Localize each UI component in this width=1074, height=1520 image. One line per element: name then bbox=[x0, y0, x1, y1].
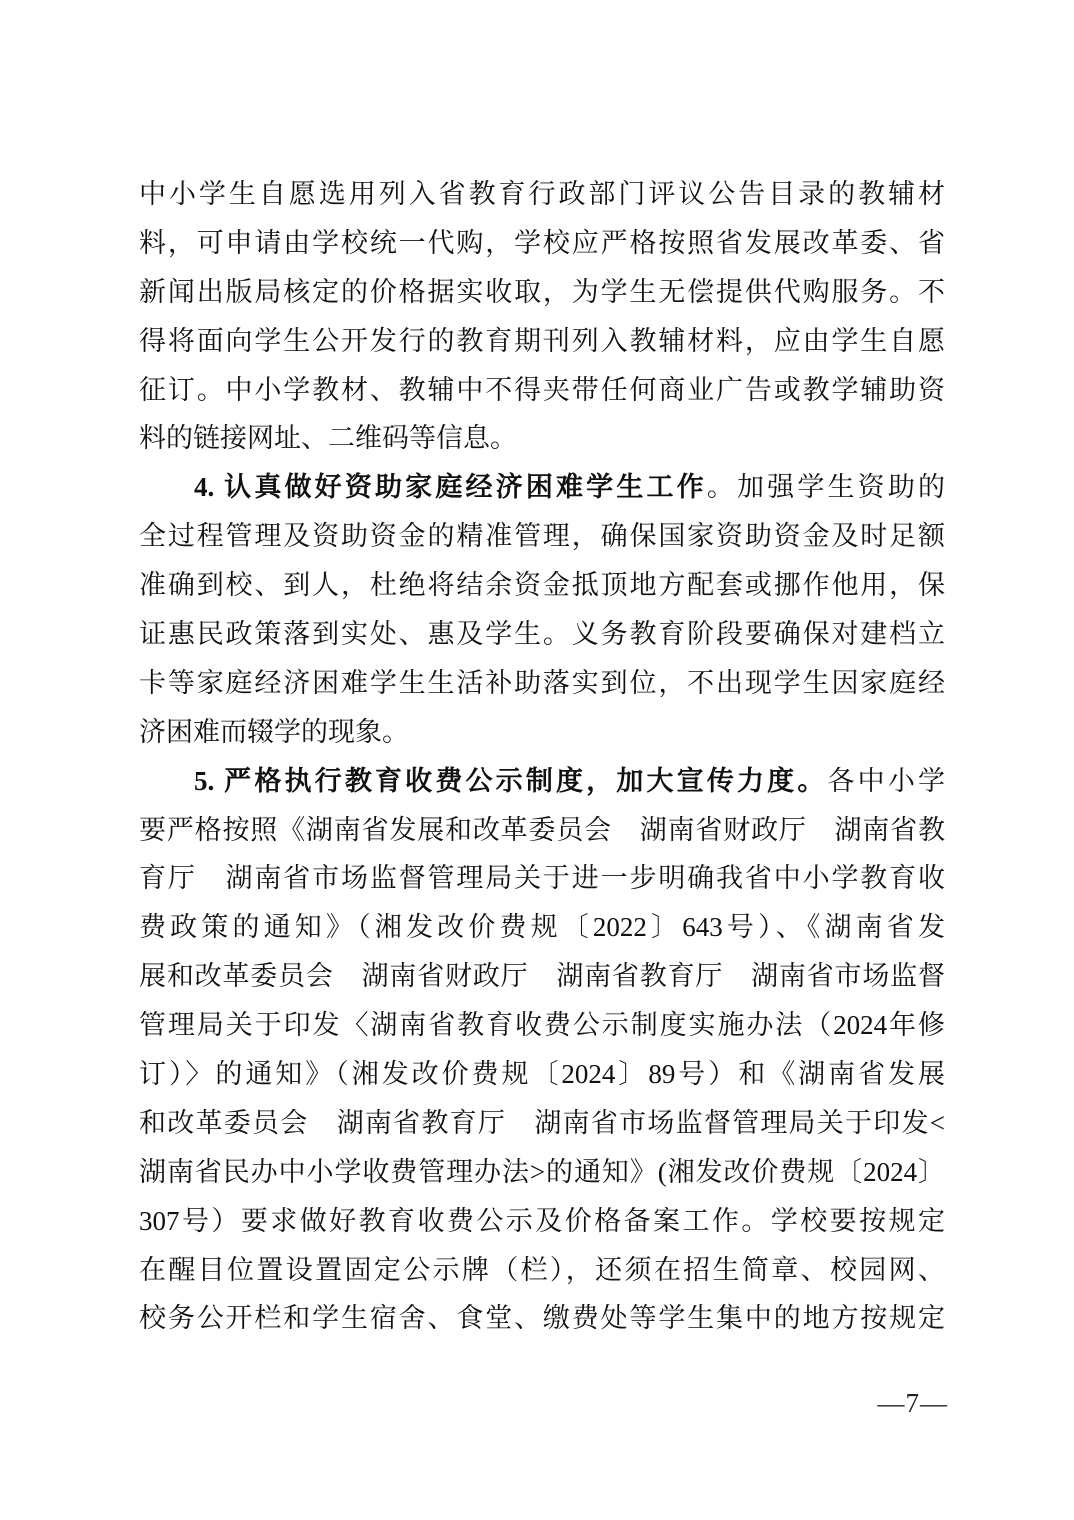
text-run: 要严格按照《湖南省发展和改革委员会 湖南省财政厅 湖南省教 bbox=[139, 815, 945, 845]
text-line: 湖南省民办中小学收费管理办法>的通知》(湘发改价费规〔2024〕 bbox=[139, 1148, 945, 1197]
text-line: 5. 严格执行教育收费公示制度，加大宣传力度。各中小学 bbox=[139, 757, 945, 806]
text-run: 卡等家庭经济困难学生生活补助落实到位，不出现学生因家庭经 bbox=[139, 668, 945, 698]
text-run: 订）〉的通知》（湘发改价费规〔2024〕89号）和《湖南省发展 bbox=[139, 1059, 945, 1089]
text-run: 新闻出版局核定的价格据实收取，为学生无偿提供代购服务。不 bbox=[139, 277, 945, 307]
text-line: 得将面向学生公开发行的教育期刊列入教辅材料，应由学生自愿 bbox=[139, 317, 945, 366]
text-line: 育厅 湖南省市场监督管理局关于进一步明确我省中小学教育收 bbox=[139, 854, 945, 903]
text-line: 料的链接网址、二维码等信息。 bbox=[139, 414, 945, 463]
text-run: 中小学生自愿选用列入省教育行政部门评议公告目录的教辅材 bbox=[139, 179, 945, 209]
text-run: 在醒目位置设置固定公示牌（栏），还须在招生简章、校园网、 bbox=[139, 1255, 945, 1285]
text-run: 湖南省民办中小学收费管理办法>的通知》(湘发改价费规〔2024〕 bbox=[139, 1157, 945, 1187]
text-run: 校务公开栏和学生宿舍、食堂、缴费处等学生集中的地方按规定 bbox=[139, 1303, 945, 1333]
text-line: 料，可申请由学校统一代购，学校应严格按照省发展改革委、省 bbox=[139, 219, 945, 268]
text-line: 济困难而辍学的现象。 bbox=[139, 708, 945, 757]
text-run: 各中小学 bbox=[828, 766, 946, 796]
document-page: 中小学生自愿选用列入省教育行政部门评议公告目录的教辅材料，可申请由学校统一代购，… bbox=[0, 0, 1074, 1520]
text-run: 征订。中小学教材、教辅中不得夹带任何商业广告或教学辅助资 bbox=[139, 375, 945, 405]
bold-text-run: 4. 认真做好资助家庭经济困难学生工作 bbox=[194, 472, 707, 502]
text-line: 和改革委员会 湖南省教育厅 湖南省市场监督管理局关于印发< bbox=[139, 1099, 945, 1148]
text-line: 校务公开栏和学生宿舍、食堂、缴费处等学生集中的地方按规定 bbox=[139, 1294, 945, 1343]
text-run: 准确到校、到人，杜绝将结余资金抵顶地方配套或挪作他用，保 bbox=[139, 570, 945, 600]
text-line: 全过程管理及资助资金的精准管理，确保国家资助资金及时足额 bbox=[139, 512, 945, 561]
text-run: 管理局关于印发〈湖南省教育收费公示制度实施办法（2024年修 bbox=[139, 1010, 945, 1040]
page-number: —7— bbox=[878, 1388, 949, 1418]
text-run: 全过程管理及资助资金的精准管理，确保国家资助资金及时足额 bbox=[139, 521, 945, 551]
text-run: 育厅 湖南省市场监督管理局关于进一步明确我省中小学教育收 bbox=[139, 863, 945, 893]
text-line: 管理局关于印发〈湖南省教育收费公示制度实施办法（2024年修 bbox=[139, 1001, 945, 1050]
text-line: 要严格按照《湖南省发展和改革委员会 湖南省财政厅 湖南省教 bbox=[139, 806, 945, 855]
text-line: 在醒目位置设置固定公示牌（栏），还须在招生简章、校园网、 bbox=[139, 1246, 945, 1295]
text-line: 4. 认真做好资助家庭经济困难学生工作。加强学生资助的 bbox=[139, 463, 945, 512]
text-line: 征订。中小学教材、教辅中不得夹带任何商业广告或教学辅助资 bbox=[139, 366, 945, 415]
text-run: 307号）要求做好教育收费公示及价格备案工作。学校要按规定 bbox=[139, 1206, 945, 1236]
text-run: 和改革委员会 湖南省教育厅 湖南省市场监督管理局关于印发< bbox=[139, 1108, 945, 1138]
text-run: 证惠民政策落到实处、惠及学生。义务教育阶段要确保对建档立 bbox=[139, 619, 945, 649]
text-line: 新闻出版局核定的价格据实收取，为学生无偿提供代购服务。不 bbox=[139, 268, 945, 317]
text-line: 展和改革委员会 湖南省财政厅 湖南省教育厅 湖南省市场监督 bbox=[139, 952, 945, 1001]
text-line: 中小学生自愿选用列入省教育行政部门评议公告目录的教辅材 bbox=[139, 170, 945, 219]
text-line: 卡等家庭经济困难学生生活补助落实到位，不出现学生因家庭经 bbox=[139, 659, 945, 708]
text-run: 。加强学生资助的 bbox=[707, 472, 945, 502]
text-run: 料的链接网址、二维码等信息。 bbox=[139, 423, 517, 453]
text-line: 证惠民政策落到实处、惠及学生。义务教育阶段要确保对建档立 bbox=[139, 610, 945, 659]
text-line: 307号）要求做好教育收费公示及价格备案工作。学校要按规定 bbox=[139, 1197, 945, 1246]
text-run: 济困难而辍学的现象。 bbox=[139, 717, 409, 747]
text-run: 费政策的通知》（湘发改价费规〔2022〕643号）、《湖南省发 bbox=[139, 912, 945, 942]
text-line: 订）〉的通知》（湘发改价费规〔2024〕89号）和《湖南省发展 bbox=[139, 1050, 945, 1099]
document-body: 中小学生自愿选用列入省教育行政部门评议公告目录的教辅材料，可申请由学校统一代购，… bbox=[139, 170, 945, 1343]
text-run: 得将面向学生公开发行的教育期刊列入教辅材料，应由学生自愿 bbox=[139, 326, 945, 356]
text-line: 费政策的通知》（湘发改价费规〔2022〕643号）、《湖南省发 bbox=[139, 903, 945, 952]
text-run: 展和改革委员会 湖南省财政厅 湖南省教育厅 湖南省市场监督 bbox=[139, 961, 945, 991]
bold-text-run: 5. 严格执行教育收费公示制度，加大宣传力度。 bbox=[194, 766, 828, 796]
text-line: 准确到校、到人，杜绝将结余资金抵顶地方配套或挪作他用，保 bbox=[139, 561, 945, 610]
text-run: 料，可申请由学校统一代购，学校应严格按照省发展改革委、省 bbox=[139, 228, 945, 258]
